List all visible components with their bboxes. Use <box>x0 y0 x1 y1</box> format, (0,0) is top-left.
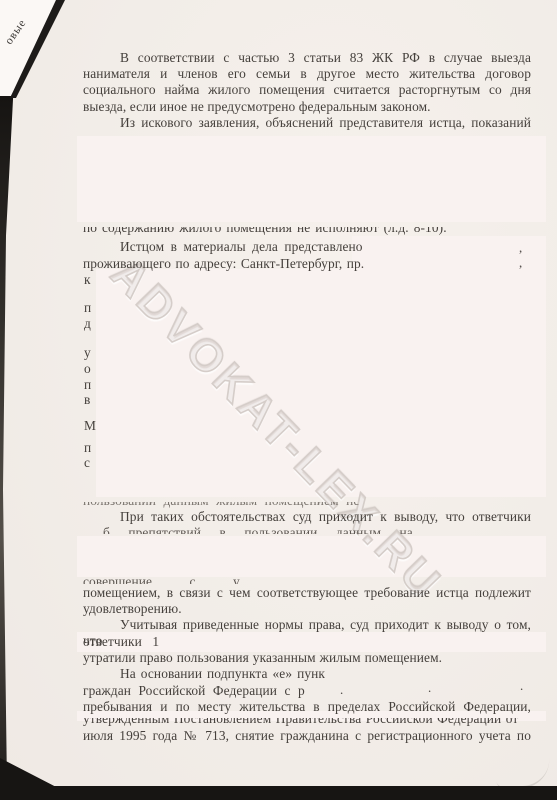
redaction-box-1 <box>77 136 546 222</box>
line-considering-norms: Учитывая приведенные нормы права, суд пр… <box>83 617 531 634</box>
line-july-1995: июля 1995 года № 713, снятие гражданина … <box>83 728 531 745</box>
stray-comma: , <box>519 255 522 271</box>
line-cut-maintenance: по содержанию жилого помещения не исполн… <box>83 220 531 237</box>
line-residence: пребывания и по месту жительства в преде… <box>83 699 531 716</box>
line-plaintiff-materials: Истцом в материалы дела представлено <box>83 239 531 256</box>
line-satisfaction: удовлетворению. <box>83 601 531 618</box>
margin-letter: д <box>84 316 98 332</box>
line-subparagraph-e: На основании подпункта «е» пунк <box>83 666 531 683</box>
line-lost-right: утратили право пользования указанным жил… <box>83 650 531 667</box>
line-premises-claim: помещением, в связи с чем соответствующе… <box>83 585 531 602</box>
margin-letter: п <box>84 377 98 393</box>
line-citizens-rf: граждан Российской Федерации с р <box>83 683 531 700</box>
page-corner-curl <box>495 759 550 790</box>
stray-comma: , <box>519 240 522 256</box>
scan-left-edge <box>0 80 16 786</box>
margin-letter: М <box>84 418 98 434</box>
paragraph-law-citation: В соответствии с частью 3 статьи 83 ЖК Р… <box>83 50 531 115</box>
margin-letter: у <box>84 345 98 361</box>
line-court-conclusion: При таких обстоятельствах суд приходит к… <box>83 509 531 526</box>
margin-letter: к <box>84 272 98 288</box>
margin-letter: п <box>84 300 98 316</box>
line-from-claim: Из искового заявления, объяснений предст… <box>83 115 531 132</box>
margin-letter: с <box>84 455 98 471</box>
margin-letter: о <box>84 361 98 377</box>
scan-bottom-edge <box>0 786 557 800</box>
scanned-court-document-page: ADVOKAT-LEX.RU В соответствии с частью 3… <box>0 0 557 800</box>
redaction-box-3 <box>77 536 546 577</box>
margin-letter: в <box>84 392 98 408</box>
margin-letter: п <box>84 440 98 456</box>
line-defendants: ответчики 1 <box>83 634 531 651</box>
line-address: проживающего по адресу: Санкт-Петербург,… <box>83 256 531 273</box>
